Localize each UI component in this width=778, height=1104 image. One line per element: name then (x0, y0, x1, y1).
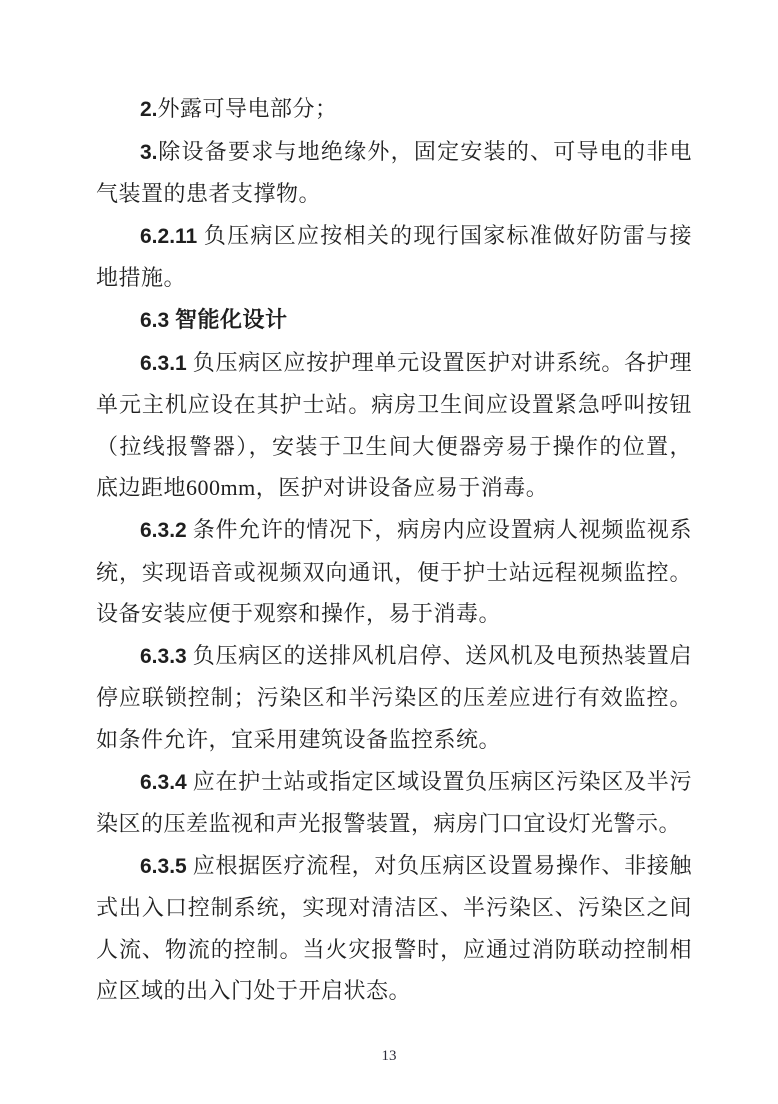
clause-number: 6.3.1 (140, 352, 193, 375)
clause-6-3-3: 6.3.3 负压病区的送排风机启停、送风机及电预热装置启停应联锁控制；污染区和半… (96, 635, 692, 761)
clause-number: 2. (140, 98, 158, 121)
clause-6-3-5: 6.3.5 应根据医疗流程，对负压病区设置易操作、非接触式出入口控制系统，实现对… (96, 845, 692, 1012)
clause-6-3-2: 6.3.2 条件允许的情况下，病房内应设置病人视频监视系统，实现语音或视频双向通… (96, 509, 692, 635)
clause-number: 6.3.2 (140, 519, 193, 542)
clause-6-3-1: 6.3.1 负压病区应按护理单元设置医护对讲系统。各护理单元主机应设在其护士站。… (96, 342, 692, 509)
clause-number: 6.3.4 (140, 771, 193, 794)
document-body: 2.外露可导电部分； 3.除设备要求与地绝缘外，固定安装的、可导电的非电气装置的… (96, 88, 692, 1012)
clause-2: 2.外露可导电部分； (96, 88, 692, 131)
section-number: 6.3 (140, 309, 175, 332)
clause-6-2-11: 6.2.11 负压病区应按相关的现行国家标准做好防雷与接地措施。 (96, 215, 692, 299)
section-title: 智能化设计 (175, 307, 288, 332)
clause-number: 6.3.3 (140, 645, 193, 668)
clause-3: 3.除设备要求与地绝缘外，固定安装的、可导电的非电气装置的患者支撑物。 (96, 131, 692, 215)
document-page: 2.外露可导电部分； 3.除设备要求与地绝缘外，固定安装的、可导电的非电气装置的… (0, 0, 778, 1104)
page-number: 13 (0, 1048, 778, 1065)
section-heading-6-3: 6.3 智能化设计 (96, 299, 692, 342)
clause-number: 6.2.11 (140, 225, 204, 248)
clause-number: 6.3.5 (140, 855, 193, 878)
clause-number: 3. (140, 141, 158, 164)
clause-text: 外露可导电部分； (158, 96, 338, 121)
clause-6-3-4: 6.3.4 应在护士站或指定区域设置负压病区污染区及半污染区的压差监视和声光报警… (96, 761, 692, 845)
clause-text: 除设备要求与地绝缘外，固定安装的、可导电的非电气装置的患者支撑物。 (96, 139, 692, 207)
